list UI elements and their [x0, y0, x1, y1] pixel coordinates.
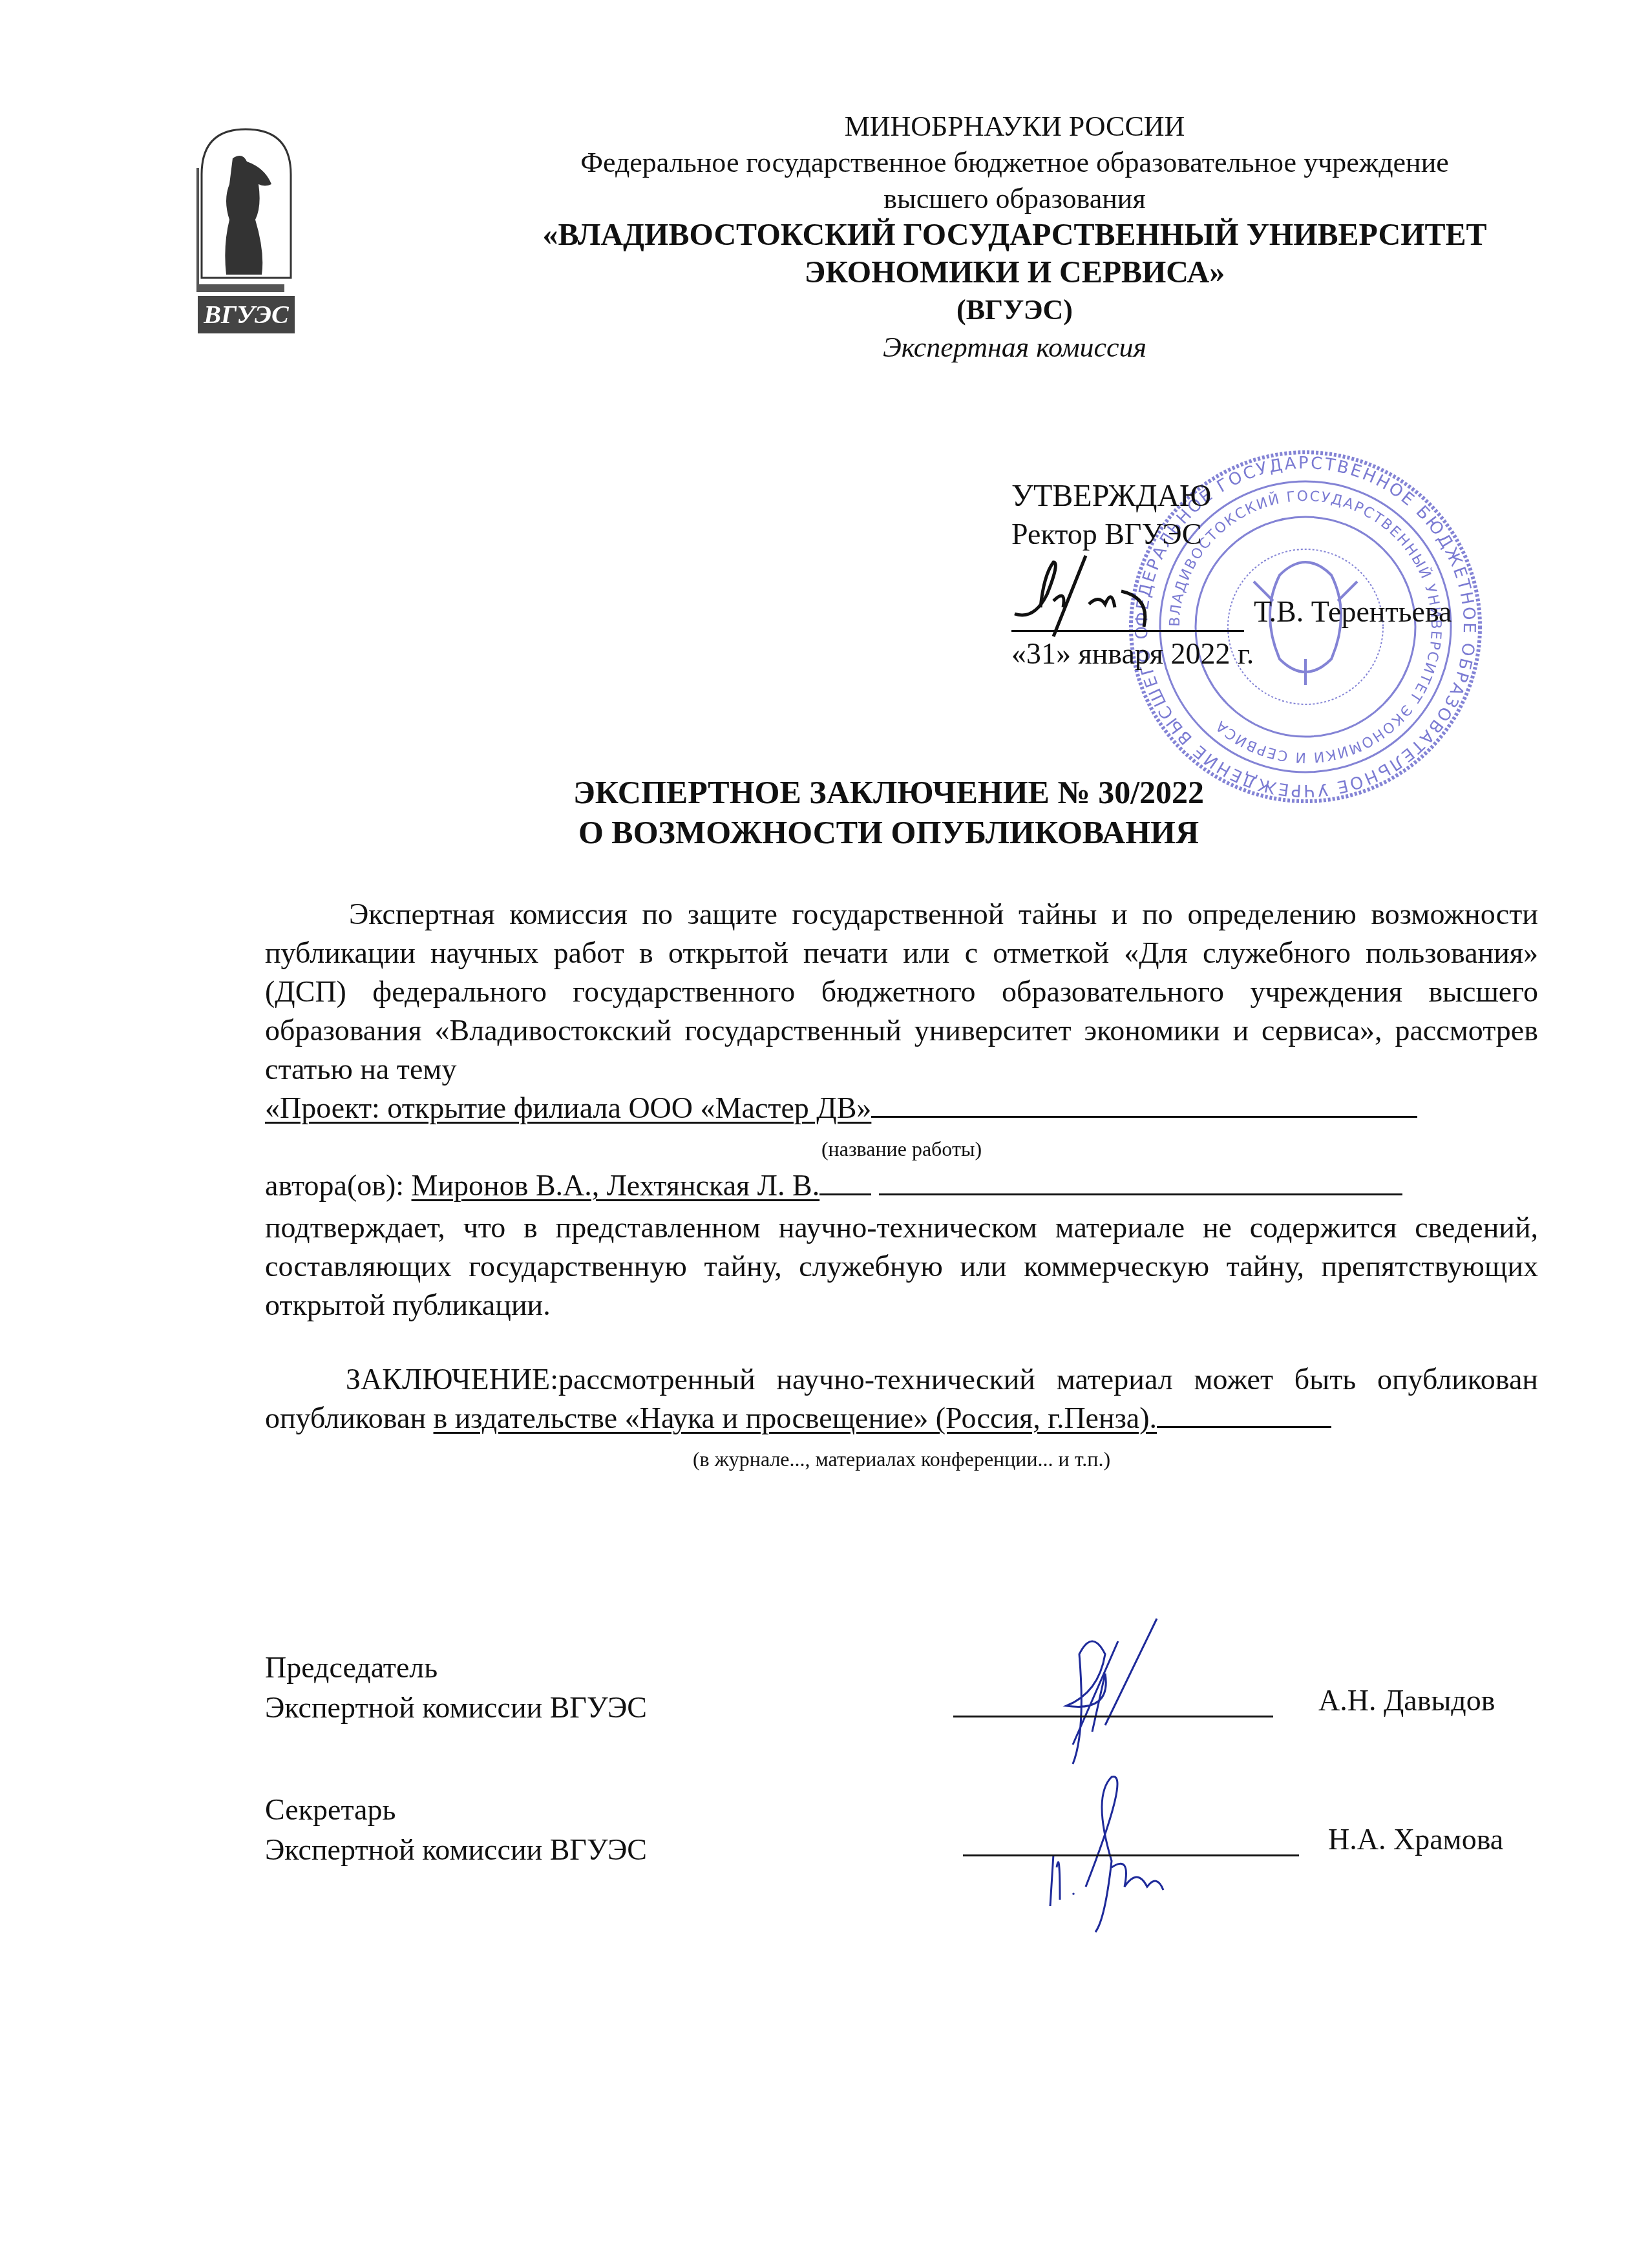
- secretary-name: Н.А. Храмова: [1328, 1822, 1503, 1856]
- publisher-row: опубликован в издательстве «Наука и прос…: [265, 1399, 1538, 1438]
- publisher-value: в издательстве «Наука и просвещение» (Ро…: [434, 1402, 1157, 1434]
- university-abbr: (ВГУЭС): [452, 292, 1577, 328]
- work-title-row: «Проект: открытие филиала ООО «Мастер ДВ…: [265, 1089, 1538, 1128]
- secretary-role-line-2: Экспертной комиссии ВГУЭС: [265, 1830, 647, 1870]
- secretary-role: Секретарь Экспертной комиссии ВГУЭС: [265, 1790, 647, 1870]
- publisher-fill-line: [1157, 1426, 1331, 1428]
- rector-signature: [1008, 543, 1157, 640]
- authors-fill-line: [879, 1193, 1402, 1195]
- confirmation-paragraph: подтверждает, что в представленном научн…: [265, 1208, 1538, 1325]
- chairman-signature-line: [953, 1716, 1273, 1717]
- work-title: «Проект: открытие филиала ООО «Мастер ДВ…: [265, 1091, 871, 1124]
- secretary-signature: [1034, 1758, 1202, 1938]
- authors-fill-short: [819, 1193, 871, 1195]
- work-title-fill-line: [871, 1116, 1417, 1118]
- university-name-line-2: ЭКОНОМИКИ И СЕРВИСА»: [452, 255, 1577, 291]
- document-title-line-1: ЭКСПЕРТНОЕ ЗАКЛЮЧЕНИЕ № 30/2022: [259, 772, 1519, 812]
- chairman-role: Председатель Экспертной комиссии ВГУЭС: [265, 1648, 647, 1728]
- authors-row: автора(ов): Миронов В.А., Лехтянская Л. …: [265, 1166, 1538, 1205]
- ministry-name: МИНОБРНАУКИ РОССИИ: [452, 109, 1577, 145]
- publisher-prefix: опубликован: [265, 1402, 434, 1434]
- rector-signature-line: [1011, 630, 1244, 632]
- university-name-line-1: «ВЛАДИВОСТОКСКИЙ ГОСУДАРСТВЕННЫЙ УНИВЕРС…: [452, 217, 1577, 253]
- secretary-signature-line: [963, 1854, 1299, 1856]
- secretary-role-line-1: Секретарь: [265, 1790, 647, 1830]
- conclusion-label: ЗАКЛЮЧЕНИЕ:: [346, 1363, 558, 1396]
- intro-paragraph: Экспертная комиссия по защите государств…: [265, 895, 1538, 1089]
- publisher-caption: (в журнале..., материалах конференции...…: [265, 1447, 1538, 1471]
- svg-text:ВГУЭС: ВГУЭС: [203, 300, 290, 329]
- authors-value: Миронов В.А., Лехтянская Л. В.: [412, 1169, 820, 1202]
- document-title-line-2: О ВОЗМОЖНОСТИ ОПУБЛИКОВАНИЯ: [259, 812, 1519, 852]
- approval-label: УТВЕРЖДАЮ: [1011, 478, 1211, 514]
- department-name: Экспертная комиссия: [452, 330, 1577, 366]
- authors-label: автора(ов):: [265, 1169, 404, 1202]
- chairman-role-line-2: Экспертной комиссии ВГУЭС: [265, 1688, 647, 1728]
- conclusion-text: рассмотренный научно-технический материа…: [558, 1363, 1538, 1396]
- org-line-1: Федеральное государственное бюджетное об…: [452, 145, 1577, 181]
- chairman-name: А.Н. Давыдов: [1318, 1683, 1495, 1717]
- approval-date: «31» января 2022 г.: [1011, 636, 1254, 671]
- work-title-caption: (название работы): [265, 1137, 1538, 1161]
- conclusion-row-1: ЗАКЛЮЧЕНИЕ:рассмотренный научно-техничес…: [265, 1360, 1538, 1399]
- university-logo: ВГУЭС: [194, 123, 310, 336]
- org-line-2: высшего образования: [452, 181, 1577, 217]
- approver-name: Т.В. Терентьева: [1254, 594, 1452, 629]
- chairman-role-line-1: Председатель: [265, 1648, 647, 1688]
- statue-emblem-icon: ВГУЭС: [194, 123, 310, 336]
- chairman-signature: [1034, 1615, 1189, 1770]
